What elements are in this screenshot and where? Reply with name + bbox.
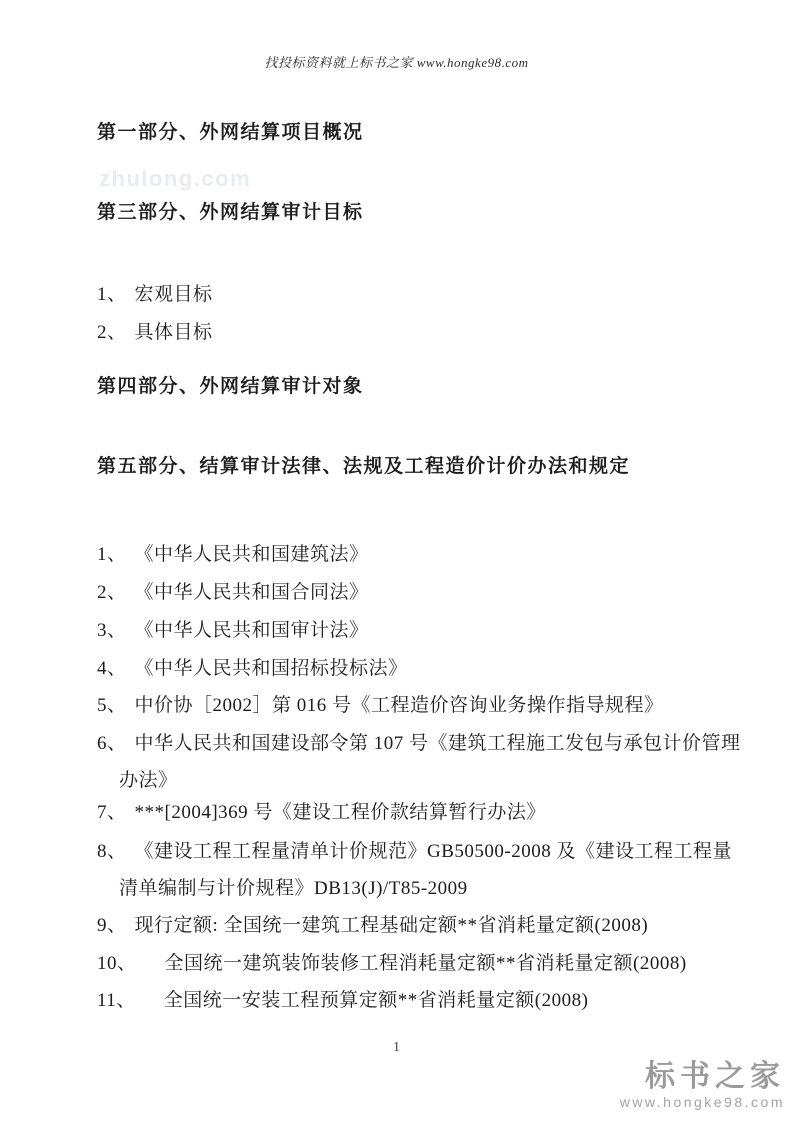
regulation-number: 2、: [97, 577, 127, 604]
regulation-item: 8、 《建设工程工程量清单计价规范》GB50500-2008 及《建设工程工程量: [97, 836, 732, 863]
regulation-text: 全国统一安装工程预算定额**省消耗量定额(2008): [164, 985, 589, 1012]
regulation-number: 5、: [97, 690, 127, 717]
regulation-text: 《中华人民共和国审计法》: [135, 615, 369, 642]
goal-item: 2、 具体目标: [97, 317, 213, 344]
goal-number: 2、: [97, 317, 127, 344]
heading-part1: 第一部分、外网结算项目概况: [97, 117, 364, 144]
regulation-text-continuation: 办法》: [119, 765, 178, 792]
regulation-item: 2、 《中华人民共和国合同法》: [97, 577, 369, 604]
regulation-item: 10、 全国统一建筑装饰装修工程消耗量定额**省消耗量定额(2008): [97, 948, 687, 975]
regulation-item: 1、 《中华人民共和国建筑法》: [97, 539, 369, 566]
regulation-text: 全国统一建筑装饰装修工程消耗量定额**省消耗量定额(2008): [165, 948, 687, 975]
page-number: 1: [0, 1040, 793, 1056]
regulation-number: 11、: [97, 985, 136, 1012]
page-header-text: 找投标资料就上标书之家 www.hongke98.com: [0, 52, 793, 71]
goal-number: 1、: [97, 279, 127, 306]
regulation-number: 1、: [97, 539, 127, 566]
regulation-item: 11、 全国统一安装工程预算定额**省消耗量定额(2008): [97, 985, 588, 1012]
regulation-text: 《中华人民共和国招标投标法》: [135, 653, 408, 680]
goal-item: 1、 宏观目标: [97, 279, 213, 306]
regulation-number: 7、: [97, 797, 127, 824]
goal-text: 宏观目标: [135, 279, 213, 306]
heading-part5: 第五部分、结算审计法律、法规及工程造价计价办法和规定: [97, 451, 630, 478]
regulation-number: 6、: [97, 728, 127, 755]
regulation-number: 10、: [97, 948, 137, 975]
regulation-item: 4、 《中华人民共和国招标投标法》: [97, 653, 408, 680]
regulation-text: 《建设工程工程量清单计价规范》GB50500-2008 及《建设工程工程量: [135, 836, 732, 863]
regulation-number: 3、: [97, 615, 127, 642]
regulation-text: 《中华人民共和国建筑法》: [135, 539, 369, 566]
document-page: 找投标资料就上标书之家 www.hongke98.com 第一部分、外网结算项目…: [0, 0, 793, 1122]
logo-title: 标书之家: [620, 1061, 785, 1093]
regulation-number: 4、: [97, 653, 127, 680]
regulation-number: 9、: [97, 910, 127, 937]
regulation-item: 5、 中价协［2002］第 016 号《工程造价咨询业务操作指导规程》: [97, 690, 664, 717]
regulation-item: 7、 ***[2004]369 号《建设工程价款结算暂行办法》: [97, 797, 546, 824]
goal-text: 具体目标: [135, 317, 213, 344]
heading-part4: 第四部分、外网结算审计对象: [97, 371, 364, 398]
regulation-text: 中华人民共和国建设部令第 107 号《建筑工程施工发包与承包计价管理: [135, 728, 741, 755]
logo-url: www.hongke98.com: [620, 1094, 785, 1110]
regulation-item: 3、 《中华人民共和国审计法》: [97, 615, 369, 642]
heading-part3: 第三部分、外网结算审计目标: [97, 197, 364, 224]
regulation-text: 中价协［2002］第 016 号《工程造价咨询业务操作指导规程》: [135, 690, 664, 717]
zhulong-watermark: zhulong.com: [99, 166, 251, 192]
regulation-text: ***[2004]369 号《建设工程价款结算暂行办法》: [135, 797, 546, 824]
regulation-number: 8、: [97, 836, 127, 863]
regulation-item: 9、 现行定额: 全国统一建筑工程基础定额**省消耗量定额(2008): [97, 910, 648, 937]
regulation-text: 现行定额: 全国统一建筑工程基础定额**省消耗量定额(2008): [135, 910, 649, 937]
regulation-text-continuation: 清单编制与计价规程》DB13(J)/T85-2009: [119, 873, 468, 900]
site-logo: 标书之家 www.hongke98.com: [620, 1061, 785, 1111]
regulation-item: 6、 中华人民共和国建设部令第 107 号《建筑工程施工发包与承包计价管理: [97, 728, 741, 755]
regulation-text: 《中华人民共和国合同法》: [135, 577, 369, 604]
